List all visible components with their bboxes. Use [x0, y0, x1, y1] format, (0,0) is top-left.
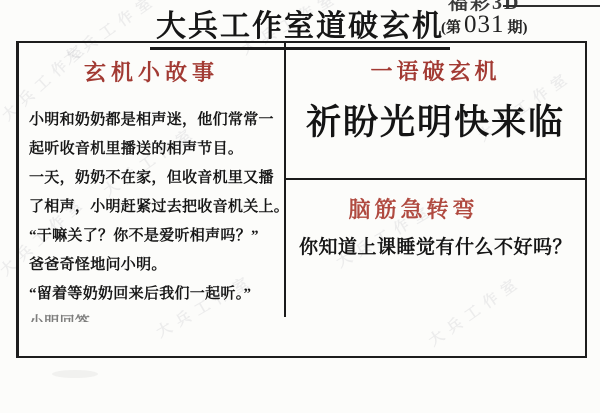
mystery-section: 一语破玄机 祈盼光明快来临 — [286, 55, 585, 145]
brain-teaser-question: 你知道上课睡觉有什么不好吗？ — [286, 232, 585, 259]
issue-number: 031 — [461, 11, 508, 38]
main-table: 玄机小故事 小明和奶奶都是相声迷，他们常常一 起听收音机里播送的相声节目。 一天… — [16, 41, 587, 358]
story-line: 小明和奶奶都是相声迷，他们常常一 — [29, 106, 282, 135]
scan-smudge — [52, 370, 98, 378]
right-panel: 一语破玄机 祈盼光明快来临 脑筋急转弯 你知道上课睡觉有什么不好吗？ — [286, 43, 585, 356]
issue-suffix: 期) — [508, 20, 528, 36]
story-line: 爸爸奇怪地问小明。 — [29, 251, 282, 280]
brain-teaser-title: 脑筋急转弯 — [264, 193, 563, 224]
story-line: 了相声，小明赶紧过去把收音机关上。 — [29, 193, 282, 222]
mystery-phrase: 祈盼光明快来临 — [286, 95, 585, 145]
story-line: 起听收音机里播送的相声节目。 — [29, 135, 282, 164]
story-line: 小明回答 — [29, 309, 282, 322]
story-panel-title: 玄机小故事 — [19, 56, 284, 87]
mystery-section-title: 一语破玄机 — [286, 55, 585, 86]
story-line-clipped-wrapper: 小明回答 — [29, 309, 282, 322]
scanned-lottery-puzzle-page: 大兵工作室 大兵工作室 大兵工作室 大兵工作室 大兵工作室 大兵工作室 大兵工作… — [0, 0, 600, 413]
story-text: 小明和奶奶都是相声迷，他们常常一 起听收音机里播送的相声节目。 一天，奶奶不在家… — [29, 106, 282, 322]
cropped-top-rule — [503, 5, 600, 7]
brain-teaser-section: 脑筋急转弯 你知道上课睡觉有什么不好吗？ — [286, 180, 585, 259]
issue-prefix: (第 — [441, 20, 461, 36]
story-line: 一天，奶奶不在家，但收音机里又播 — [29, 164, 282, 193]
story-line: “干嘛关了？你不是爱听相声吗？” — [29, 222, 282, 251]
story-panel: 玄机小故事 小明和奶奶都是相声迷，他们常常一 起听收音机里播送的相声节目。 一天… — [19, 43, 284, 356]
issue-label: (第031期) — [441, 11, 528, 39]
story-line: “留着等奶奶回来后我们一起听。” — [29, 280, 282, 309]
